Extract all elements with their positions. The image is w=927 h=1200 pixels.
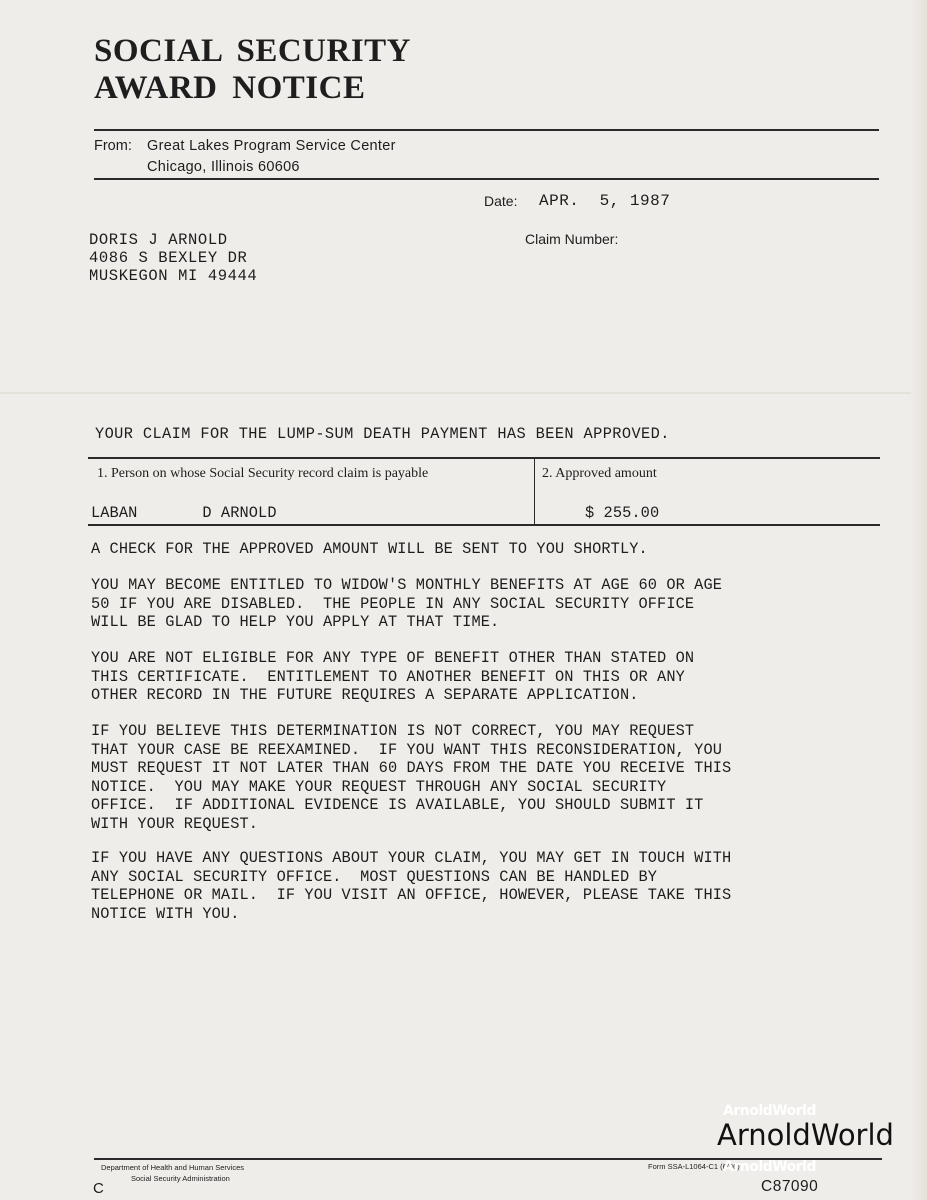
paragraph-eligibility: YOU ARE NOT ELIGIBLE FOR ANY TYPE OF BEN… [91,649,694,705]
watermark-top: ArnoldWorld [723,1103,816,1119]
recipient-name: DORIS J ARNOLD [89,231,257,249]
table-value-amount: $ 255.00 [585,504,659,523]
title-line-2: AWARD NOTICE [94,70,411,107]
recipient-city: MUSKEGON MI 49444 [89,267,257,285]
from-label: From: [94,138,132,154]
watermark-main: ArnoldWorld [717,1118,894,1152]
paragraph-check: A CHECK FOR THE APPROVED AMOUNT WILL BE … [91,540,648,559]
document-title: SOCIAL SECURITY AWARD NOTICE [94,33,411,107]
paper-edge-shadow [911,0,927,1200]
from-city: Chicago, Illinois 60606 [147,159,300,175]
footer-department: Department of Health and Human Services [101,1163,244,1173]
paragraph-widow-benefits: YOU MAY BECOME ENTITLED TO WIDOW'S MONTH… [91,576,722,632]
approval-headline: YOUR CLAIM FOR THE LUMP-SUM DEATH PAYMEN… [95,425,670,444]
table-value-person: LABAN D ARNOLD [91,504,277,523]
date-value: APR. 5, 1987 [539,192,670,210]
header-rule-bottom [94,178,879,180]
from-office: Great Lakes Program Service Center [147,138,396,154]
recipient-address: DORIS J ARNOLD4086 S BEXLEY DRMUSKEGON M… [89,231,257,285]
paragraph-reconsideration: IF YOU BELIEVE THIS DETERMINATION IS NOT… [91,722,731,833]
claim-number-label: Claim Number: [525,231,618,247]
footer-right-code: C87090 [761,1178,818,1196]
table-rule-top [88,457,880,459]
table-header-person: 1. Person on whose Social Security recor… [97,466,428,482]
table-column-divider [534,459,535,525]
title-line-1: SOCIAL SECURITY [94,33,411,70]
paper-fold-line [0,392,927,394]
footer-agency: Social Security Administration [131,1174,230,1184]
table-rule-bottom [88,524,880,526]
footer-left-code: C [93,1180,104,1197]
header-rule-top [94,129,879,131]
date-label: Date: [484,193,517,209]
paragraph-questions: IF YOU HAVE ANY QUESTIONS ABOUT YOUR CLA… [91,849,731,923]
watermark-bottom: ArnoldWorld [723,1159,816,1175]
table-header-amount: 2. Approved amount [542,466,657,482]
recipient-street: 4086 S BEXLEY DR [89,249,257,267]
